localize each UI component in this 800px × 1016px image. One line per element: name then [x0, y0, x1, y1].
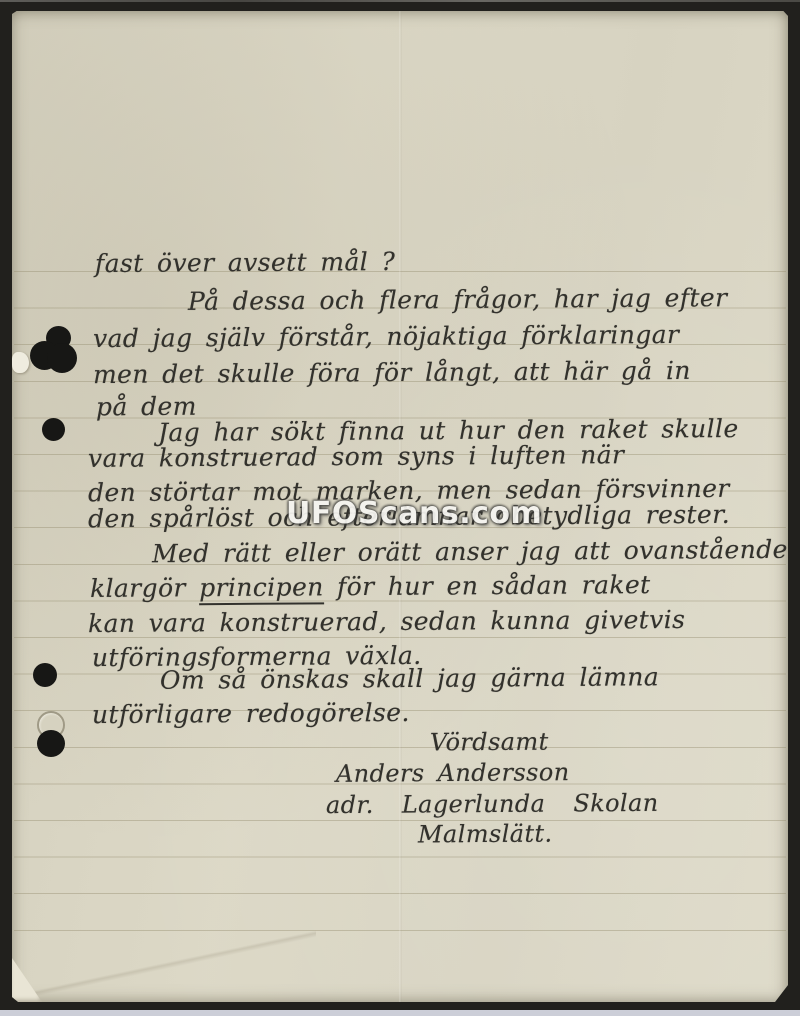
handwritten-line: kan vara konstruerad, sedan kunna givetv…: [88, 605, 686, 639]
handwritten-line: Med rätt eller orätt anser jag att ovans…: [152, 535, 788, 569]
bottom-left-crease: [16, 930, 316, 1000]
scanner-edge-bottom: [0, 1010, 800, 1016]
torn-paper-spot: [12, 352, 29, 373]
watermark: UFOScans.com: [286, 497, 542, 531]
punch-hole: [42, 418, 65, 441]
handwritten-line: vad jag själv förstår, nöjaktiga förklar…: [93, 320, 680, 354]
line-segment: klargör: [90, 573, 199, 603]
line-segment: för hur en sådan raket: [324, 570, 651, 601]
sender-place: Malmslätt.: [418, 819, 553, 850]
sender-address: adr. Lagerlunda Skolan: [326, 788, 659, 820]
handwritten-line: Om så önskas skall jag gärna lämna: [160, 662, 659, 695]
handwritten-line: fast över avsett mål ?: [95, 247, 395, 279]
punch-hole: [37, 730, 65, 757]
handwritten-line: klargör principen för hur en sådan raket: [90, 570, 651, 604]
handwritten-line: utförligare redogörelse.: [92, 698, 410, 730]
handwritten-line: På dessa och flera frågor, har jag efter: [188, 283, 728, 317]
valediction: Vördsamt: [430, 727, 549, 758]
underlined-word: principen: [199, 572, 324, 605]
handwritten-line: men det skulle föra för långt, att här g…: [93, 356, 691, 390]
punch-hole: [47, 343, 77, 373]
handwritten-line: vara konstruerad som syns i luften när: [88, 440, 625, 474]
punch-hole: [33, 663, 57, 687]
scan-background: fast över avsett mål ? På dessa och fler…: [0, 0, 800, 1016]
scanner-edge-top: [0, 0, 800, 2]
signature: Anders Andersson: [336, 757, 570, 789]
